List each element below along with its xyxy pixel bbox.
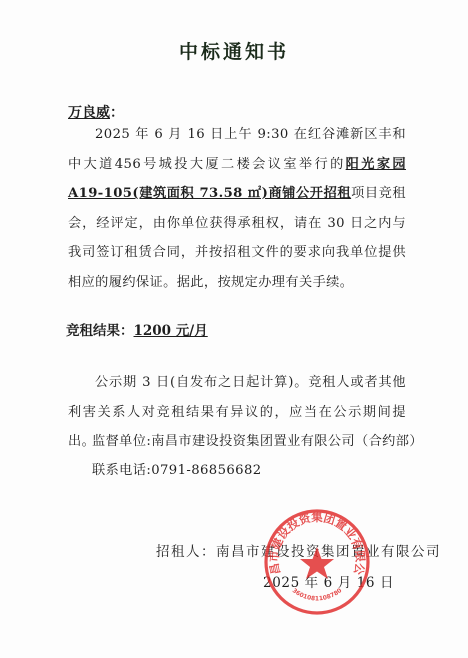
addressee: 万良威：: [68, 102, 124, 122]
addressee-name: 万良威: [68, 105, 110, 121]
addressee-colon: ：: [110, 105, 124, 121]
landlord-signature: 招租人：南昌市建设投资集团置业有限公司: [156, 540, 441, 560]
document-title: 中标通知书: [0, 37, 468, 64]
award-paragraph: 2025 年 6 月 16 日上午 9:30 在红谷滩新区丰和中大道456号城投…: [68, 120, 406, 297]
paragraph-text: 项目竞租会，经评定，由你单位获得承租权，请在 30 日之内与我司签订租赁合同，并…: [68, 186, 406, 290]
phone-line: 联系电话:0791-86856682: [92, 459, 262, 478]
bid-result: 竞租结果：1200 元/月: [66, 319, 218, 339]
result-label: 竞租结果：: [66, 323, 134, 339]
official-seal-icon: 南昌市建设投资集团置业有限公司 3601081108780: [262, 507, 372, 617]
supervisor-line: 监督单位:南昌市建设投资集团置业有限公司（合约部）: [92, 430, 423, 449]
issue-date: 2025 年 6 月 16 日: [263, 571, 394, 591]
result-value: 1200 元/月: [134, 323, 218, 339]
